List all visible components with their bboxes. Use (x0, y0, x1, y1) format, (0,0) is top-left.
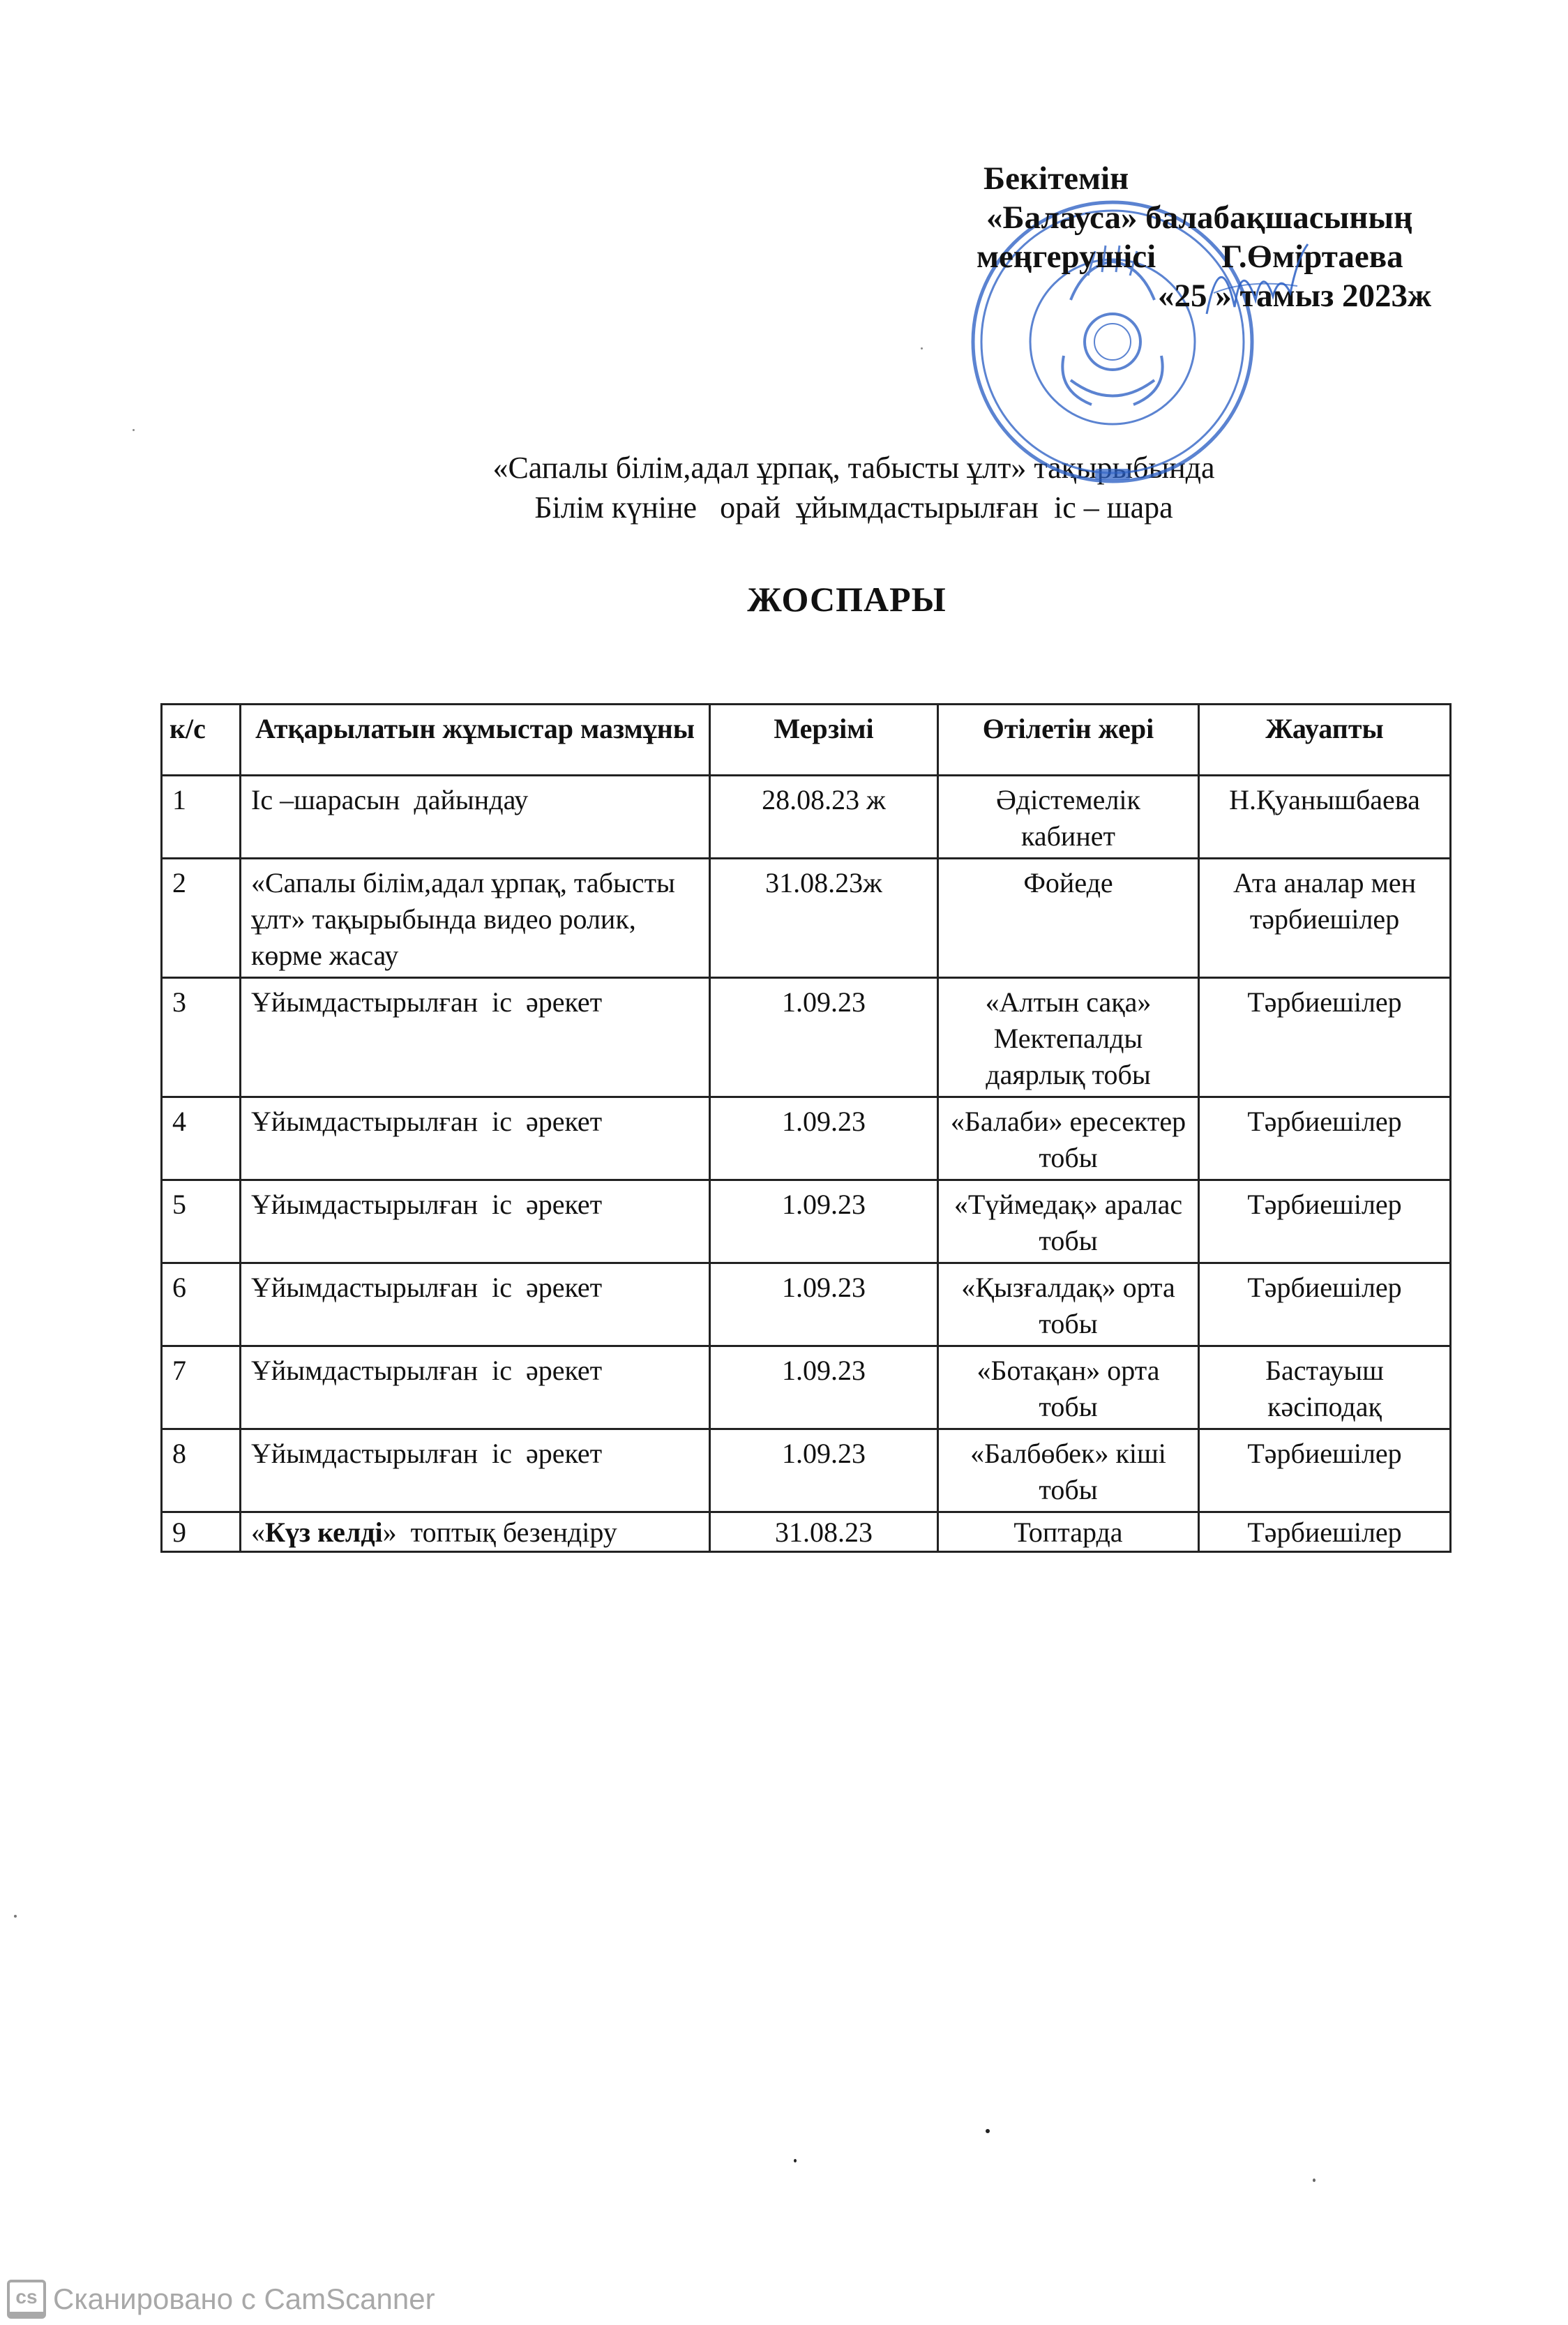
table-row: 6 Ұйымдастырылған іс әрекет 1.09.23 «Қыз… (162, 1263, 1451, 1346)
cell-responsible: Тәрбиешілер (1199, 978, 1451, 1097)
cell-task: Ұйымдастырылған іс әрекет (241, 1097, 710, 1180)
cell-place: «Қызғалдақ» орта тобы (938, 1263, 1199, 1346)
document-subtitle-line2: Білім күніне орай ұйымдастырылған іс – ш… (70, 490, 1568, 525)
table-row: 9 «Күз келді» топтық безендіру 31.08.23 … (162, 1512, 1451, 1552)
cell-number: 1 (162, 776, 241, 859)
table-row: 8 Ұйымдастырылған іс әрекет 1.09.23 «Бал… (162, 1429, 1451, 1512)
scan-speck (14, 1915, 17, 1918)
scan-speck (1313, 2179, 1316, 2182)
table-row: 2 «Сапалы білім,адал ұрпақ, табысты ұлт»… (162, 859, 1451, 978)
cell-number: 3 (162, 978, 241, 1097)
column-header-responsible: Жауапты (1199, 705, 1451, 776)
scan-speck (921, 347, 923, 349)
table-row: 1 Іс –шарасын дайындау 28.08.23 ж Әдісте… (162, 776, 1451, 859)
table-row: 7 Ұйымдастырылған іс әрекет 1.09.23 «Бот… (162, 1346, 1451, 1429)
approval-line-approved: Бекітемін (977, 159, 1486, 198)
cell-task: «Күз келді» топтық безендіру (241, 1512, 710, 1552)
cell-place: «Ботақан» орта тобы (938, 1346, 1199, 1429)
cell-date: 31.08.23ж (710, 859, 938, 978)
camscanner-logo-icon: cs (7, 2280, 46, 2319)
cell-date: 1.09.23 (710, 1429, 938, 1512)
cell-task: Ұйымдастырылған іс әрекет (241, 1346, 710, 1429)
cell-place: Фойеде (938, 859, 1199, 978)
cell-number: 5 (162, 1180, 241, 1263)
column-header-date: Мерзімі (710, 705, 938, 776)
scanner-watermark: cs Сканировано с CamScanner (7, 2280, 435, 2319)
cell-place: Әдістемелік кабинет (938, 776, 1199, 859)
plan-table: к/с Атқарылатын жұмыстар мазмұны Мерзімі… (160, 703, 1452, 1553)
cell-date: 1.09.23 (710, 978, 938, 1097)
cell-number: 7 (162, 1346, 241, 1429)
task-bold-title: Күз келді (265, 1517, 383, 1548)
cell-place: «Түймедақ» аралас тобы (938, 1180, 1199, 1263)
cell-date: 1.09.23 (710, 1097, 938, 1180)
scan-speck (794, 2159, 797, 2162)
cell-task: «Сапалы білім,адал ұрпақ, табысты ұлт» т… (241, 859, 710, 978)
cell-date: 28.08.23 ж (710, 776, 938, 859)
watermark-text: Сканировано с CamScanner (53, 2282, 435, 2316)
document-subtitle-line1: «Сапалы білім,адал ұрпақ, табысты ұлт» т… (70, 450, 1568, 486)
cell-place: «Балбөбек» кіші тобы (938, 1429, 1199, 1512)
task-suffix: » топтық безендіру (383, 1517, 617, 1548)
scan-speck (986, 2129, 990, 2133)
cell-date: 31.08.23 (710, 1512, 938, 1552)
cell-task: Іс –шарасын дайындау (241, 776, 710, 859)
cell-task: Ұйымдастырылған іс әрекет (241, 1263, 710, 1346)
scan-speck (133, 429, 135, 431)
cell-responsible: Тәрбиешілер (1199, 1429, 1451, 1512)
signature (1193, 230, 1318, 335)
cell-number: 2 (162, 859, 241, 978)
column-header-task: Атқарылатын жұмыстар мазмұны (241, 705, 710, 776)
cell-place: «Балаби» ересектер тобы (938, 1097, 1199, 1180)
cell-number: 4 (162, 1097, 241, 1180)
cell-responsible: Тәрбиешілер (1199, 1180, 1451, 1263)
table-row: 5 Ұйымдастырылған іс әрекет 1.09.23 «Түй… (162, 1180, 1451, 1263)
cell-place: Топтарда (938, 1512, 1199, 1552)
cell-date: 1.09.23 (710, 1346, 938, 1429)
cell-responsible: Тәрбиешілер (1199, 1263, 1451, 1346)
cell-place: «Алтын сақа» Мектепалды даярлық тобы (938, 978, 1199, 1097)
cell-responsible: Тәрбиешілер (1199, 1097, 1451, 1180)
cell-number: 6 (162, 1263, 241, 1346)
cell-task: Ұйымдастырылған іс әрекет (241, 1180, 710, 1263)
cell-date: 1.09.23 (710, 1263, 938, 1346)
task-prefix: « (251, 1517, 265, 1548)
table-row: 3 Ұйымдастырылған іс әрекет 1.09.23 «Алт… (162, 978, 1451, 1097)
table-header-row: к/с Атқарылатын жұмыстар мазмұны Мерзімі… (162, 705, 1451, 776)
cell-responsible: Бастауыш кәсіподақ (1199, 1346, 1451, 1429)
cell-number: 9 (162, 1512, 241, 1552)
column-header-place: Өтілетін жері (938, 705, 1199, 776)
cell-date: 1.09.23 (710, 1180, 938, 1263)
cell-task: Ұйымдастырылған іс әрекет (241, 978, 710, 1097)
document-heading: ЖОСПАРЫ (63, 579, 1568, 619)
cell-responsible: Ата аналар мен тәрбиешілер (1199, 859, 1451, 978)
cell-task: Ұйымдастырылған іс әрекет (241, 1429, 710, 1512)
cell-responsible: Тәрбиешілер (1199, 1512, 1451, 1552)
cell-responsible: Н.Қуанышбаева (1199, 776, 1451, 859)
cell-number: 8 (162, 1429, 241, 1512)
column-header-number: к/с (162, 705, 241, 776)
table-row: 4 Ұйымдастырылған іс әрекет 1.09.23 «Бал… (162, 1097, 1451, 1180)
